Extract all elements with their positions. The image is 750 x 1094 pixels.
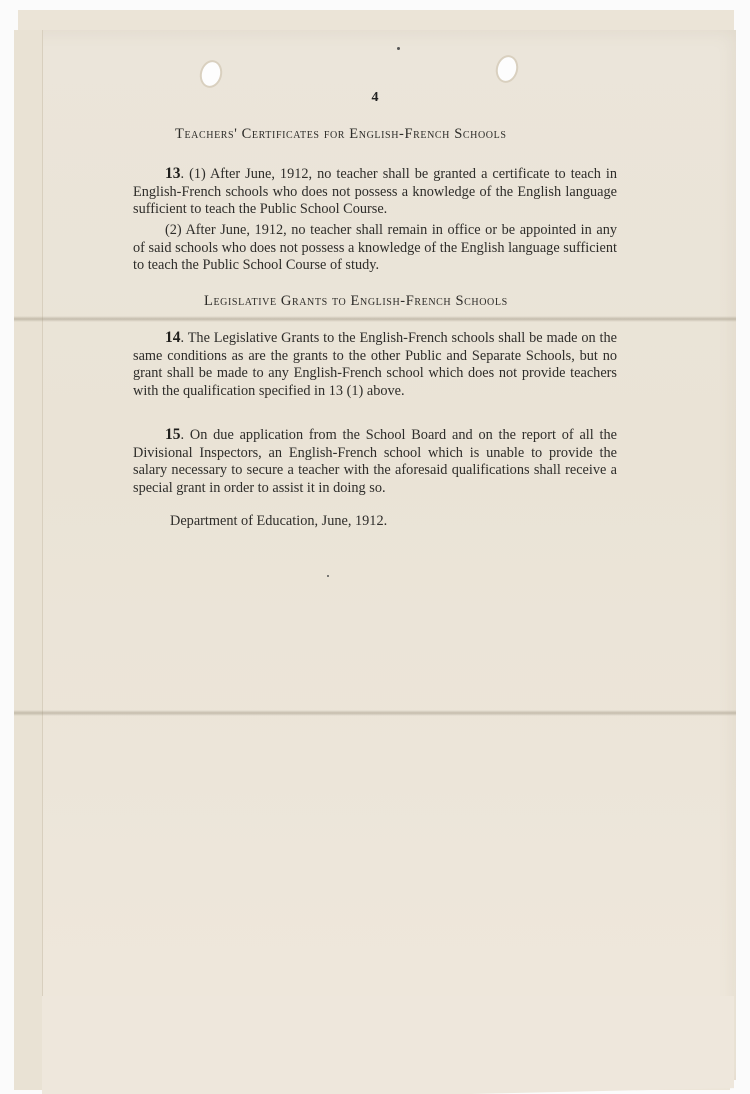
paragraph-14: 14. The Legislative Grants to the Englis… [133, 329, 617, 400]
signature-line: Department of Education, June, 1912. [170, 513, 387, 530]
section-number: 14 [165, 329, 181, 346]
paragraph-13-2: (2) After June, 1912, no teacher shall r… [133, 222, 617, 275]
section-number: 15 [165, 426, 181, 443]
paragraph-text: (2) After June, 1912, no teacher shall r… [133, 222, 617, 273]
paragraph-text: . The Legislative Grants to the English-… [133, 330, 617, 399]
paragraph-15: 15. On due application from the School B… [133, 426, 617, 497]
section-heading-grants: Legislative Grants to English-French Sch… [204, 293, 508, 310]
paragraph-13: 13. (1) After June, 1912, no teacher sha… [133, 165, 617, 219]
section-number: 13 [165, 165, 181, 182]
document-page: 4 Teachers' Certificates for English-Fre… [0, 0, 750, 1094]
paragraph-text: . (1) After June, 1912, no teacher shall… [133, 166, 617, 217]
paragraph-text: . On due application from the School Boa… [133, 427, 617, 496]
page-number: 4 [0, 90, 750, 106]
section-heading-certificates: Teachers' Certificates for English-Frenc… [175, 126, 507, 143]
